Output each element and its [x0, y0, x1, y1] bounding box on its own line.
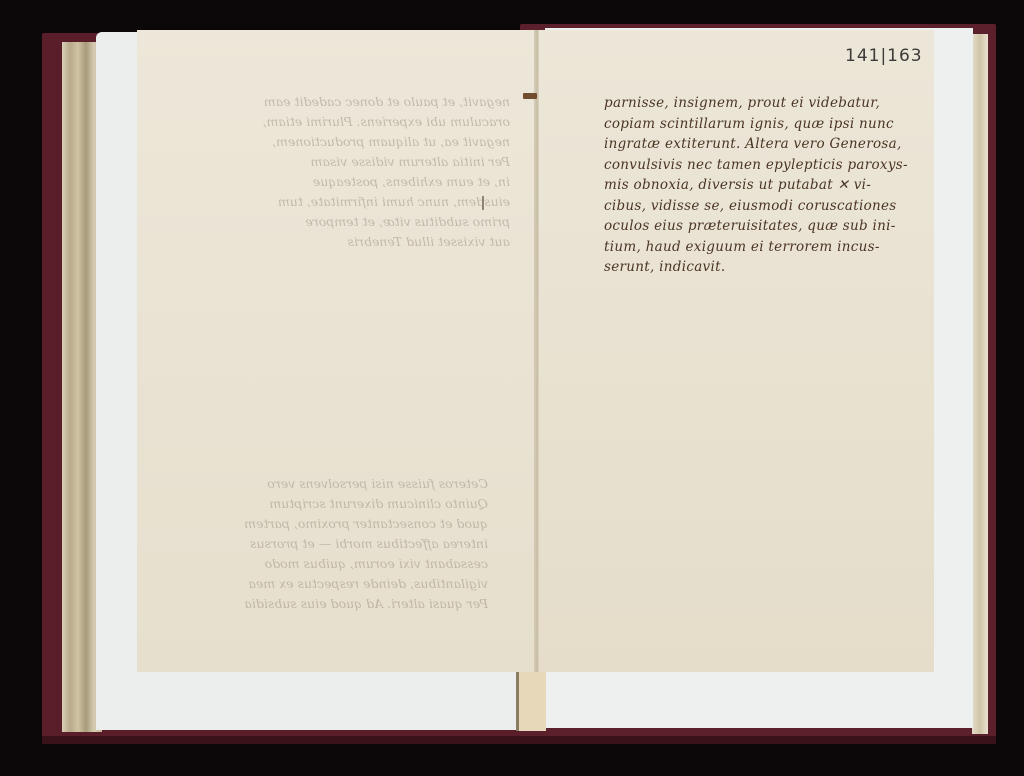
bleed-line: negavit ea, ut aliquam productionem,: [150, 132, 510, 152]
text-line: serunt, indicavit.: [604, 257, 934, 278]
bleed-line: interea affectibus morbi — et prorsus: [158, 534, 488, 554]
bleed-line: Quinto clinicum dixerunt scriptum: [158, 494, 488, 514]
binding-stub: [519, 671, 546, 731]
text-line: cibus, vidisse se, eiusmodi coruscatione…: [604, 196, 934, 217]
bleed-line: Per quasi alteri. Ad quod eius subsidia: [158, 594, 488, 614]
bleed-line: Ceteros fuisse nisi persolvens vero: [158, 474, 488, 494]
folio-number: 141|163: [845, 46, 923, 66]
text-line: tium, haud exiguum ei terrorem incus-: [604, 237, 934, 258]
text-line: mis obnoxia, diversis ut putabat ✕ vi-: [604, 175, 934, 196]
bleed-through-text-lower: Ceteros fuisse nisi persolvens vero Quin…: [158, 474, 488, 614]
text-line: ingratæ extiterunt. Altera vero Generosa…: [604, 134, 934, 155]
bleed-line: Per initia alterum vidisse visam: [150, 152, 510, 172]
handwritten-text: parnisse, insignem, prout ei videbatur, …: [604, 93, 934, 278]
bleed-line: quod et consectanter proximo, partem: [158, 514, 488, 534]
bleed-line: vigilantibus, deinde respectus ex mea: [158, 574, 488, 594]
bleed-line: aut vixisset illud Tenebris: [150, 232, 510, 252]
bleed-line: eiusdem, nunc humi infirmitate, tum: [150, 192, 510, 212]
bleed-line: in, et eum exhibens, posteaque: [150, 172, 510, 192]
cover-lower-edge: [42, 736, 996, 744]
page-edges-right: [972, 34, 988, 734]
text-line: copiam scintillarum ignis, quæ ipsi nunc: [604, 114, 934, 135]
text-line: parnisse, insignem, prout ei videbatur,: [604, 93, 934, 114]
text-line: oculos eius præteruisitates, quæ sub ini…: [604, 216, 934, 237]
bleed-line: negavit, et paulo et donec cadedit eam: [150, 92, 510, 112]
bleed-line: cessabant vixi eorum, quibus modo: [158, 554, 488, 574]
bleed-line: oraculum ubi experiens. Plurimi etiam,: [150, 112, 510, 132]
guard-tab-mark: [523, 93, 537, 99]
text-line: convulsivis nec tamen epylepticis paroxy…: [604, 155, 934, 176]
bleed-line: primo subditus vitæ, et tempore: [150, 212, 510, 232]
bleed-through-text-upper: negavit, et paulo et donec cadedit eam o…: [150, 92, 510, 252]
